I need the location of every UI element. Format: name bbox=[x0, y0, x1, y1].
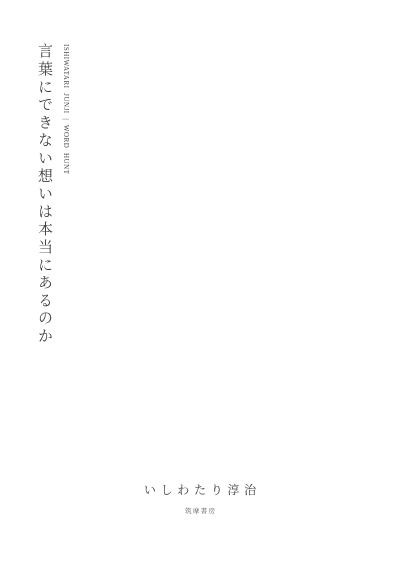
book-title: 言葉にできない想いは本当にあるのか bbox=[37, 43, 52, 346]
book-cover: 言葉にできない想いは本当にあるのか ISHIWATARI JUNJI | WOR… bbox=[0, 0, 400, 578]
author-english-credit: ISHIWATARI JUNJI | WORD HUNT bbox=[62, 44, 69, 174]
author-name: いしわたり淳治 bbox=[0, 484, 400, 497]
publisher-name: 筑摩書房 bbox=[0, 508, 400, 516]
